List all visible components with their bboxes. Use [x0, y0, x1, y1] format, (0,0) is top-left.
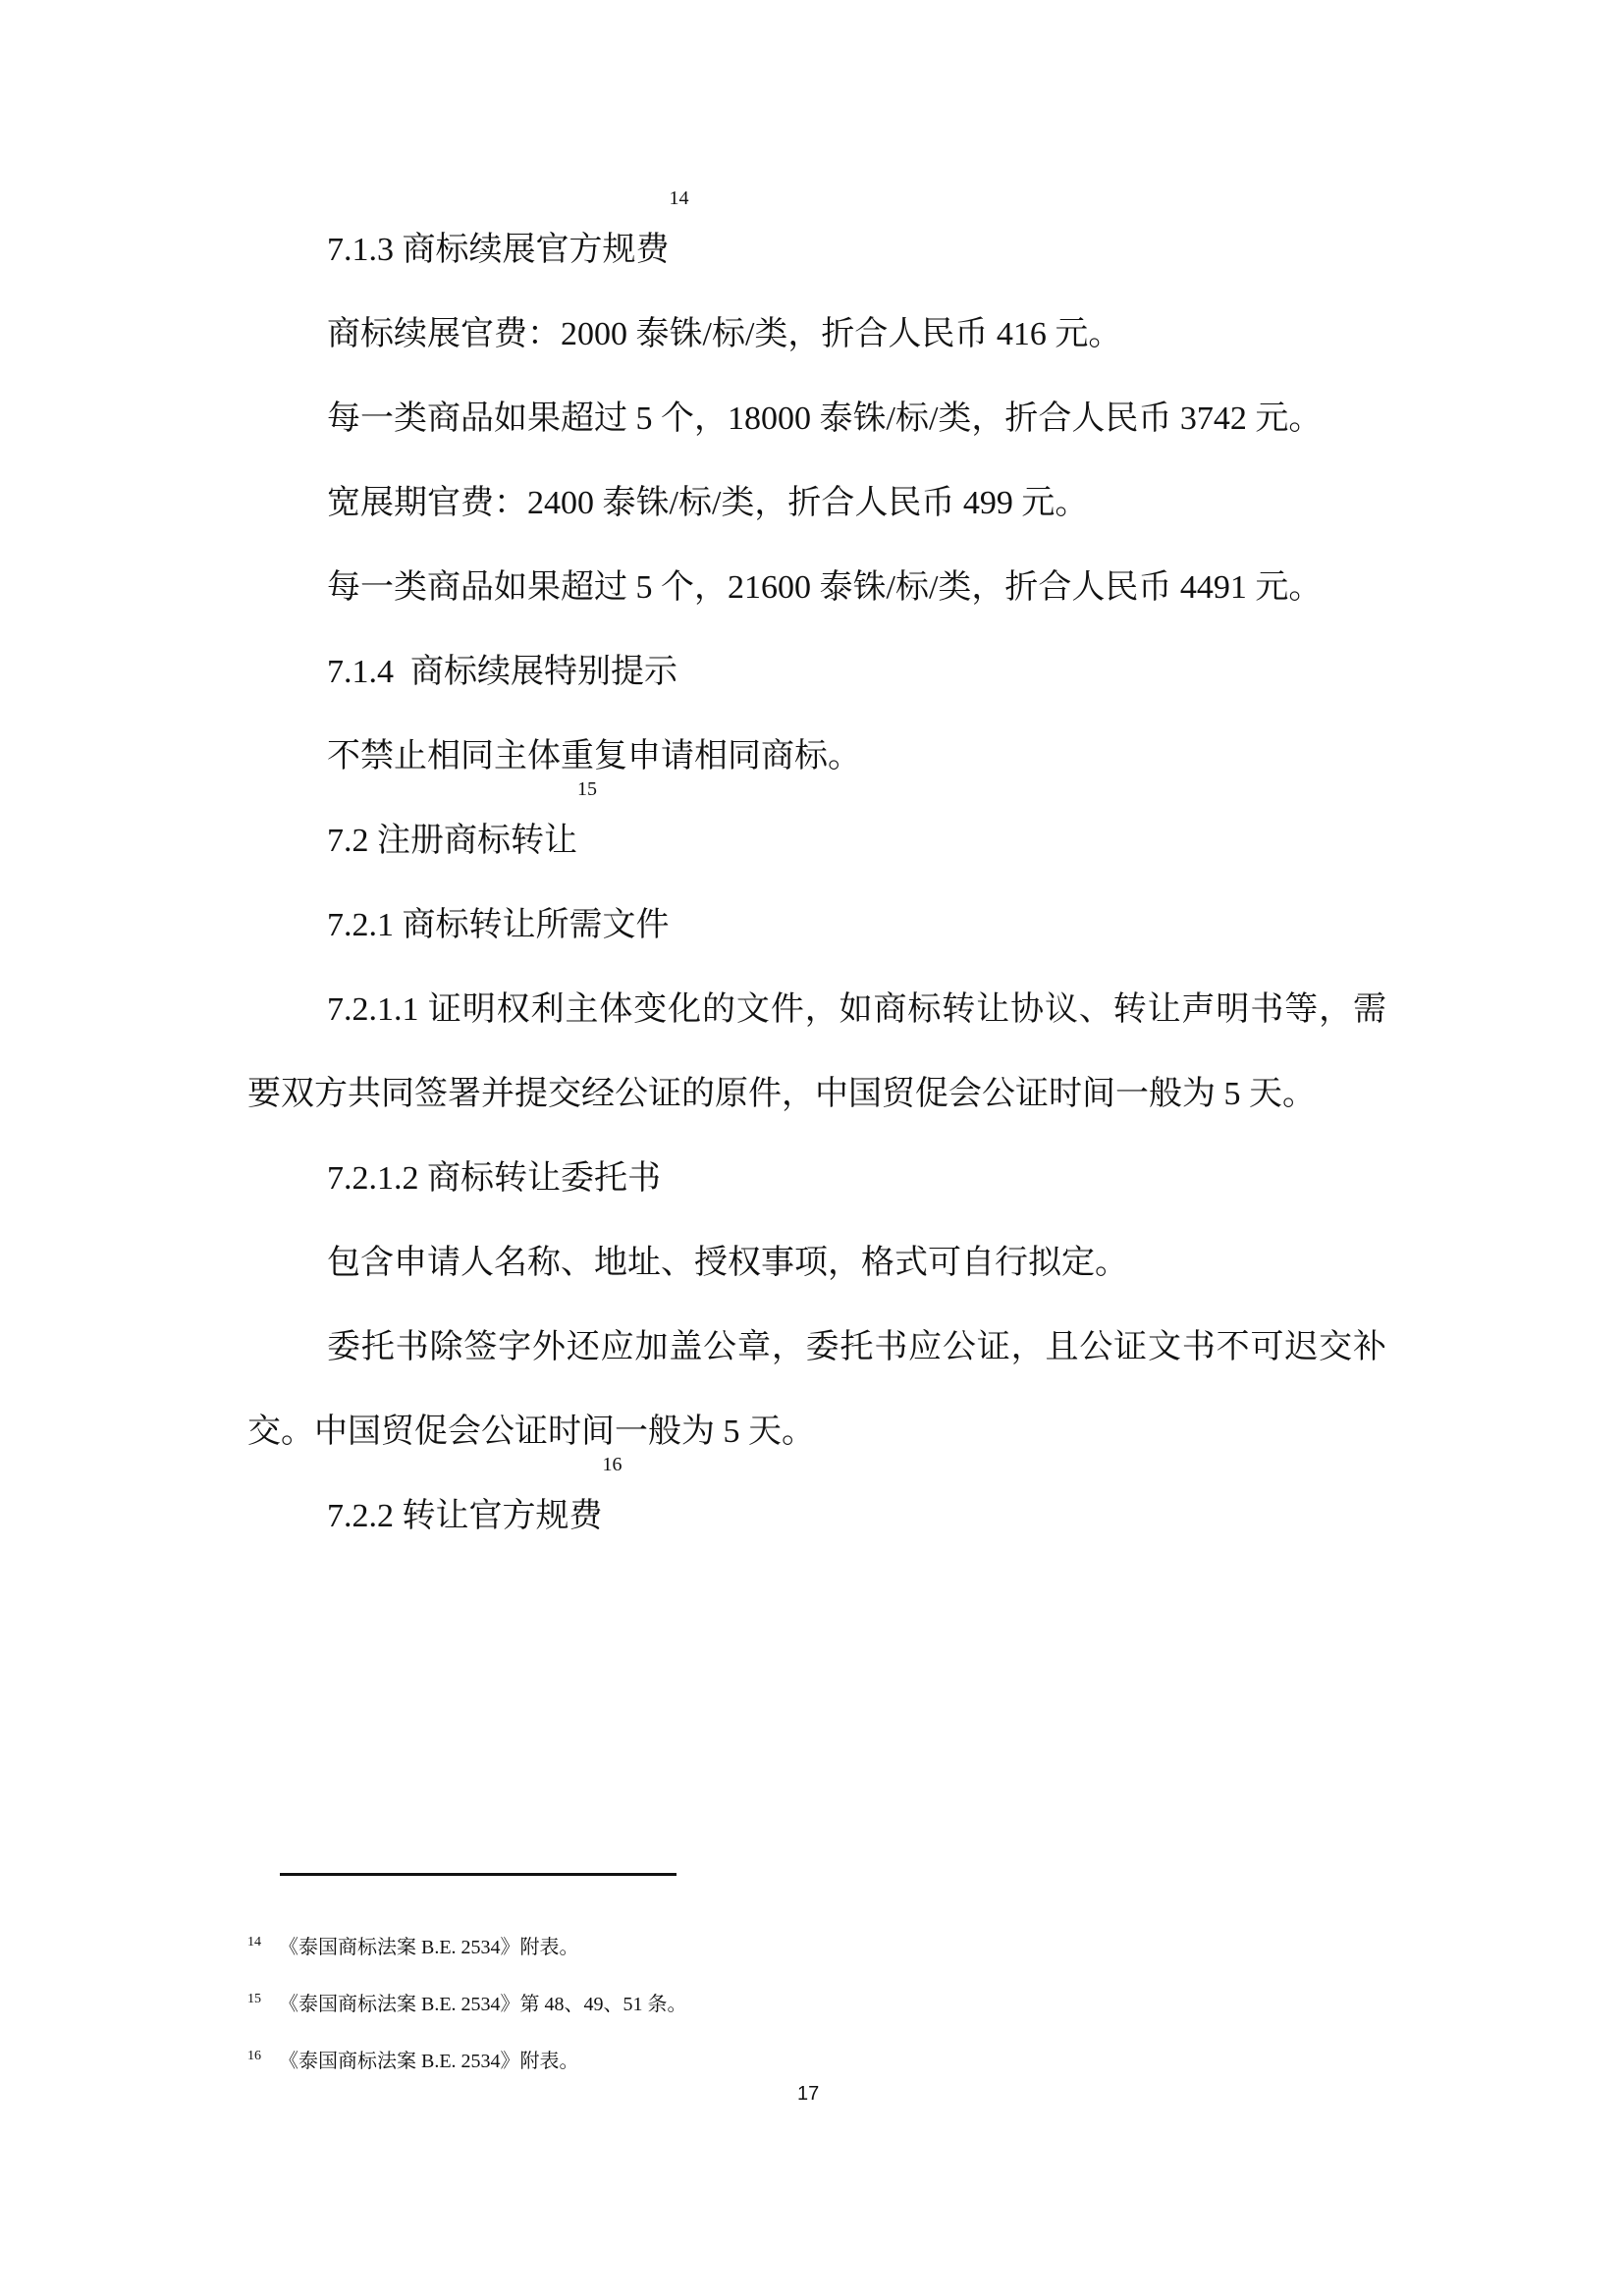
heading-7-1-4: 7.1.4 商标续展特别提示 [247, 630, 1386, 715]
heading-text: 7.2.2 转让官方规费 [327, 1498, 603, 1534]
heading-7-2-2: 7.2.2 转让官方规费16 [247, 1474, 1386, 1559]
footnote: 15《泰国商标法案 B.E. 2534》第 48、49、51 条。 [247, 1976, 687, 2033]
paragraph: 每一类商品如果超过 5 个，21600 泰铢/标/类，折合人民币 4491 元。 [247, 546, 1386, 630]
heading-text: 7.2 注册商标转让 [327, 823, 577, 859]
footnote-number: 15 [247, 1971, 265, 2028]
footnote-separator [280, 1873, 677, 1876]
paragraph: 宽展期官费：2400 泰铢/标/类，折合人民币 499 元。 [247, 461, 1386, 546]
footnote-ref[interactable]: 14 [670, 187, 689, 209]
footnote-text: 《泰国商标法案 B.E. 2534》第 48、49、51 条。 [279, 1976, 687, 2033]
footnote-text: 《泰国商标法案 B.E. 2534》附表。 [279, 1919, 579, 1976]
paragraph: 商标续展官费：2000 泰铢/标/类，折合人民币 416 元。 [247, 293, 1386, 377]
heading-7-2: 7.2 注册商标转让15 [247, 799, 1386, 883]
footnote: 14《泰国商标法案 B.E. 2534》附表。 [247, 1919, 687, 1976]
footnote-ref[interactable]: 16 [603, 1454, 623, 1475]
heading-text: 7.1.3 商标续展官方规费 [327, 232, 670, 268]
page-number: 17 [797, 2083, 819, 2106]
heading-7-2-1-2: 7.2.1.2 商标转让委托书 [247, 1137, 1386, 1221]
paragraph: 7.2.1.1 证明权利主体变化的文件，如商标转让协议、转让声明书等，需要双方共… [247, 968, 1386, 1137]
footnote-ref[interactable]: 15 [577, 778, 597, 800]
paragraph: 每一类商品如果超过 5 个，18000 泰铢/标/类，折合人民币 3742 元。 [247, 377, 1386, 461]
footnote: 16《泰国商标法案 B.E. 2534》附表。 [247, 2033, 687, 2090]
heading-7-2-1: 7.2.1 商标转让所需文件 [247, 883, 1386, 968]
paragraph: 不禁止相同主体重复申请相同商标。 [247, 715, 1386, 799]
paragraph: 包含申请人名称、地址、授权事项，格式可自行拟定。 [247, 1221, 1386, 1306]
body-text: 7.1.3 商标续展官方规费14 商标续展官费：2000 泰铢/标/类，折合人民… [247, 208, 1386, 1559]
footnote-number: 14 [247, 1914, 265, 1971]
paragraph: 委托书除签字外还应加盖公章，委托书应公证，且公证文书不可迟交补交。中国贸促会公证… [247, 1306, 1386, 1474]
footnotes: 14《泰国商标法案 B.E. 2534》附表。 15《泰国商标法案 B.E. 2… [247, 1919, 687, 2090]
heading-7-1-3: 7.1.3 商标续展官方规费14 [247, 208, 1386, 293]
footnote-number: 16 [247, 2028, 265, 2085]
footnote-text: 《泰国商标法案 B.E. 2534》附表。 [279, 2033, 579, 2090]
